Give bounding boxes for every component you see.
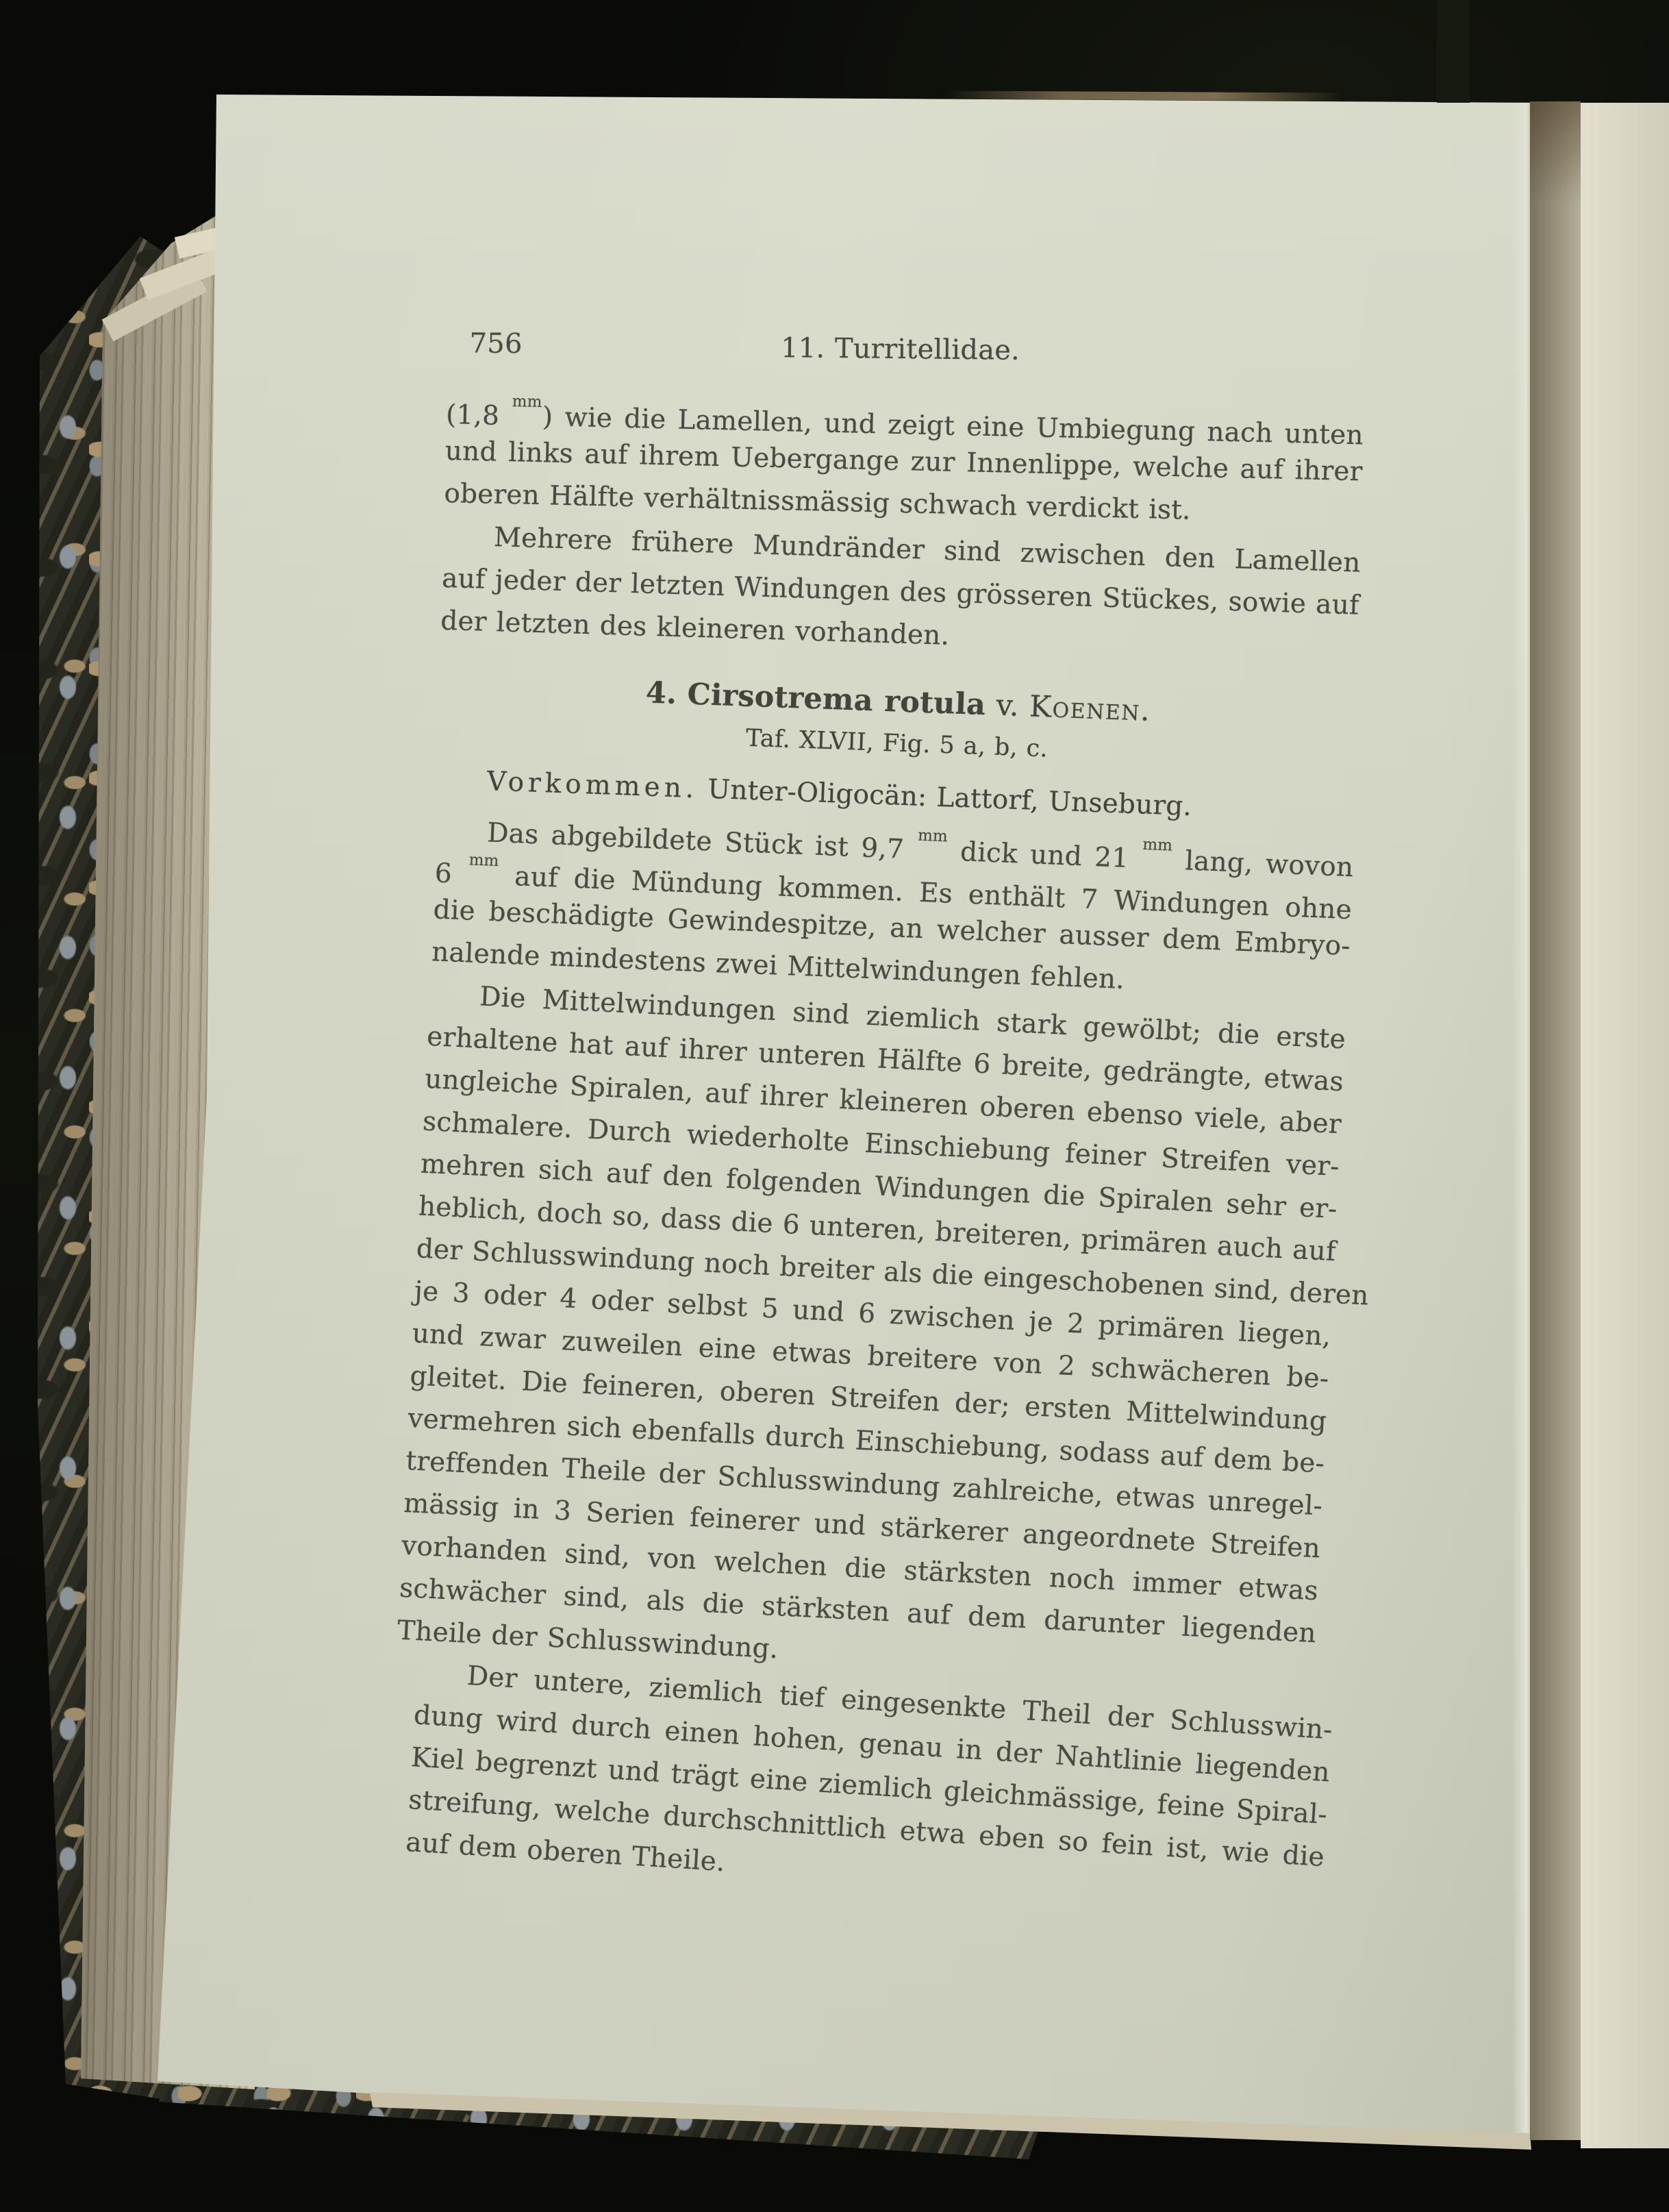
author-name: Koenen.	[1029, 690, 1151, 728]
line-text: 6	[434, 858, 468, 890]
section-number: 4.	[645, 675, 677, 711]
species-name: Cirsotrema rotula	[687, 678, 986, 723]
running-head: 11. Turritellidae.	[781, 327, 1020, 372]
superscript-unit: mm	[918, 827, 949, 846]
book-photo: 756 11. Turritellidae. (1,8 mm) wie die …	[0, 0, 1669, 2212]
body-paragraph-4: Die Mittelwindungen sind ziemlich stark …	[397, 973, 1347, 1698]
body-paragraph-1: (1,8 mm) wie die Lamellen, und zeigt ein…	[444, 388, 1364, 536]
superscript-unit: mm	[1142, 836, 1173, 855]
gutter-shadow	[1530, 101, 1581, 2140]
occurrence-text: Unter-Oligocän: Lattorf, Unseburg.	[707, 774, 1192, 822]
page-number: 756	[469, 322, 523, 365]
superscript-unit: mm	[512, 393, 542, 411]
body-paragraph-3: Das abgebildete Stück ist 9,7 mm dick un…	[431, 804, 1355, 1010]
author-prefix: v.	[996, 688, 1020, 723]
page-header: 756 11. Turritellidae.	[446, 322, 1364, 367]
body-paragraph-2: Mehrere frühere Mundränder sind zwischen…	[440, 515, 1361, 670]
line-text: (1,8	[446, 399, 512, 432]
page-text-block: 756 11. Turritellidae. (1,8 mm) wie die …	[447, 322, 1364, 1866]
superscript-unit: mm	[468, 851, 499, 870]
occurrence-label: Vorkommen.	[486, 766, 699, 804]
backdrop-seam	[1437, 0, 1470, 103]
right-page-edge	[1581, 103, 1669, 2148]
